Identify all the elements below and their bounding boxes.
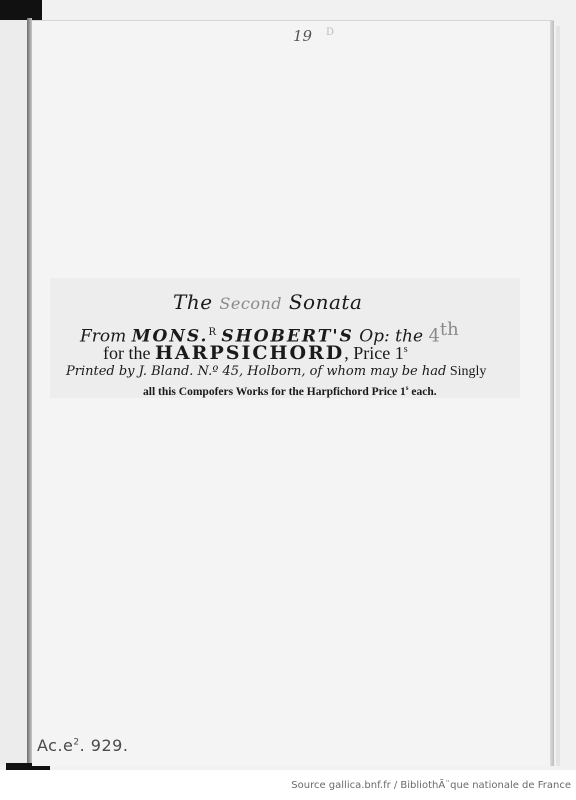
title-price-sup: s (404, 344, 408, 355)
title-instrument: HARPSICHORD (155, 342, 344, 364)
page-right-shadow (556, 26, 560, 766)
top-mark: D (326, 27, 334, 38)
shelfmark-number: . 929. (80, 736, 129, 755)
title-line-1: The Second Sonata (173, 290, 362, 314)
imprint: Printed by J. Bland. N.º 45, Holborn, of… (66, 364, 446, 379)
document-scan: D 19 The Second Sonata From MONS.R SHOBE… (0, 0, 576, 770)
title-line-5: all this Compofers Works for the Harpfic… (143, 384, 437, 398)
title-price: , Price 1 (344, 343, 403, 363)
works-note-each: each. (409, 386, 437, 398)
page-right-edge (550, 21, 554, 766)
title-the: The (173, 290, 213, 314)
left-margin (0, 20, 27, 765)
source-credit: Source gallica.bnf.fr / BibliothÃ¨que na… (291, 780, 571, 791)
title-line-3: for the HARPSICHORD, Price 1s (103, 342, 408, 364)
binding-top (0, 0, 42, 20)
title-line-4: Printed by J. Bland. N.º 45, Holborn, of… (66, 364, 486, 380)
manuscript-second: Second (219, 294, 282, 313)
title-mons-sup: R (208, 327, 216, 338)
title-for-the: for the (103, 343, 150, 363)
shelfmark: Ac.e2. 929. (37, 736, 128, 755)
folio-number: 19 (293, 27, 312, 45)
works-note: all this Compofers Works for the Harpfic… (143, 386, 406, 398)
title-sonata: Sonata (289, 290, 363, 314)
shelfmark-main: Ac.e (37, 736, 73, 755)
imprint-singly: Singly (450, 364, 487, 379)
manuscript-opus: 4 (428, 326, 439, 347)
manuscript-opus-sup: th (440, 319, 459, 340)
